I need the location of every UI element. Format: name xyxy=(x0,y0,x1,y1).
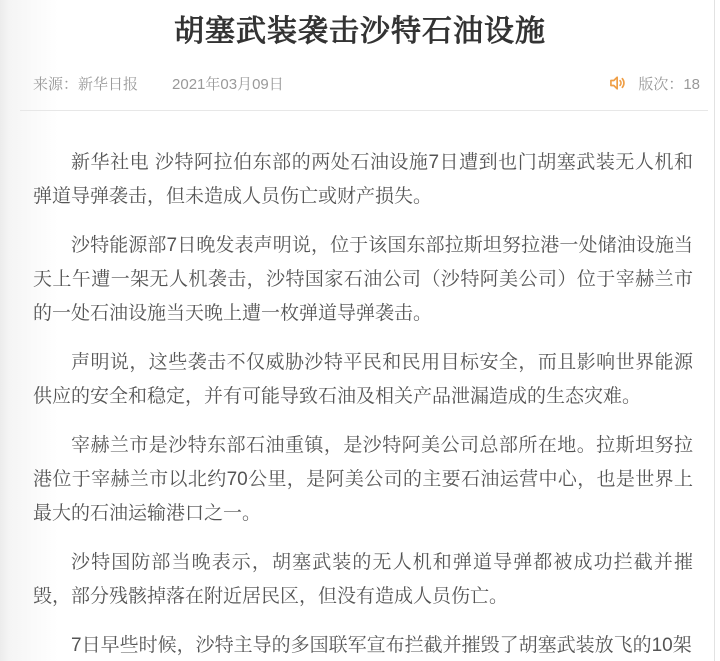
article-paragraph: 7日早些时候，沙特主导的多国联军宣布拦截并摧毁了胡塞武装放飞的10架 xyxy=(33,629,693,661)
publish-date: 2021年03月09日 xyxy=(172,73,284,94)
meta-bar: 来源：新华日报 2021年03月09日 版次：18 xyxy=(33,72,700,94)
speaker-icon xyxy=(608,73,628,93)
edition-label: 版次：18 xyxy=(638,73,700,94)
article-paragraph: 声明说，这些袭击不仅威胁沙特平民和民用目标安全，而且影响世界能源供应的安全和稳定… xyxy=(33,346,693,414)
page-title: 胡塞武装袭击沙特石油设施 xyxy=(0,0,720,51)
article-paragraph: 新华社电 沙特阿拉伯东部的两处石油设施7日遭到也门胡塞武装无人机和弹道导弹袭击，… xyxy=(33,146,693,214)
article-paragraph: 沙特能源部7日晚发表声明说，位于该国东部拉斯坦努拉港一处储油设施当天上午遭一架无… xyxy=(33,229,693,331)
article-paragraph: 宰赫兰市是沙特东部石油重镇，是沙特阿美公司总部所在地。拉斯坦努拉港位于宰赫兰市以… xyxy=(33,429,693,531)
article-paragraph: 沙特国防部当晚表示，胡塞武装的无人机和弹道导弹都被成功拦截并摧毁，部分残骸掉落在… xyxy=(33,546,693,614)
article-body: 新华社电 沙特阿拉伯东部的两处石油设施7日遭到也门胡塞武装无人机和弹道导弹袭击，… xyxy=(0,111,720,661)
meta-right-group: 版次：18 xyxy=(608,73,700,94)
audio-play-button[interactable] xyxy=(608,73,628,93)
card-right-border xyxy=(714,0,715,661)
source-label: 来源：新华日报 xyxy=(33,73,138,94)
article-page: 胡塞武装袭击沙特石油设施 来源：新华日报 2021年03月09日 版次：18 新… xyxy=(0,0,720,661)
